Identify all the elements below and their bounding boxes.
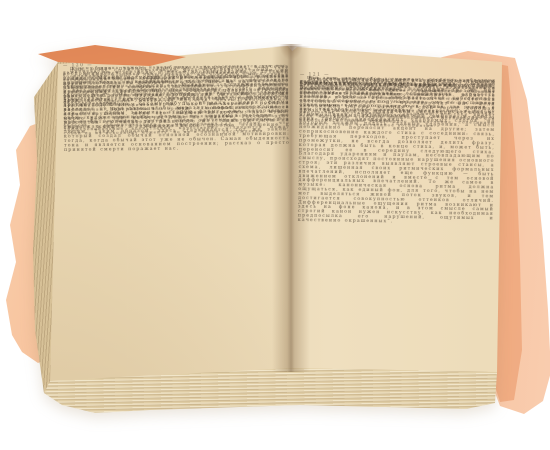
right-paragraph-2: Все, что может быть каноном, делается ис… bbox=[298, 76, 496, 225]
right-paragraph-3: Существует полагание, что искусство имее… bbox=[300, 77, 496, 93]
open-book: — 120 — Так, у Мопассана целый ряд расск… bbox=[0, 0, 550, 450]
book-photo: — 120 — Так, у Мопассана целый ряд расск… bbox=[0, 0, 550, 450]
book-gutter-notch bbox=[279, 44, 303, 60]
left-footnote-2: Почему лирика чужого народа никогда не р… bbox=[63, 64, 289, 106]
